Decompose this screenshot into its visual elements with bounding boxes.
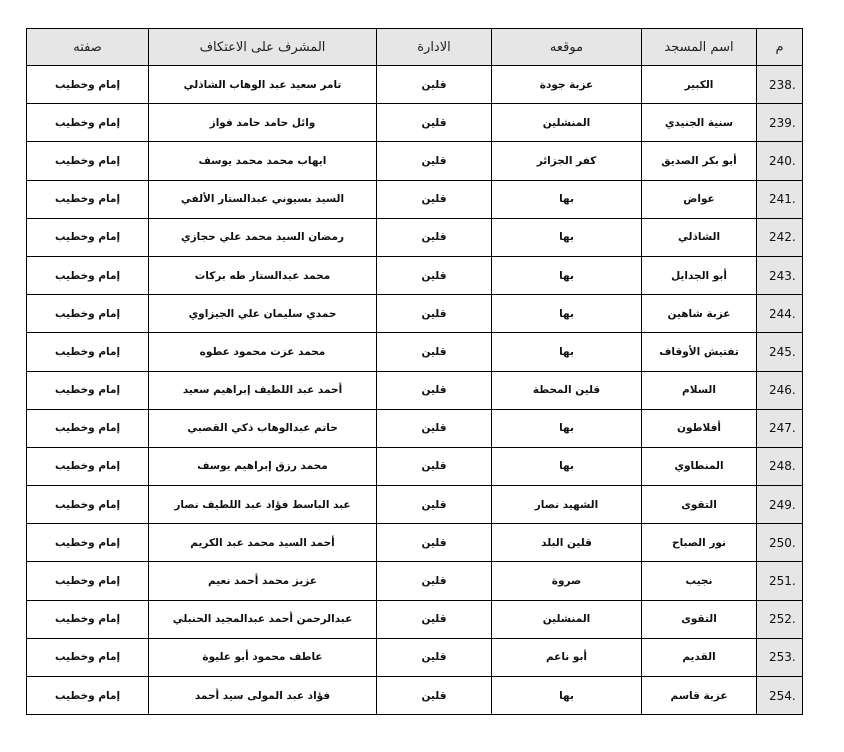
- table-row: 250.نور الصباحقلين البلدقلينأحمد السيد م…: [27, 524, 803, 562]
- administration-cell: قلين: [377, 562, 492, 600]
- table-row: 254.عزبة قاسمبهاقلينفؤاد عبد المولى سيد …: [27, 677, 803, 715]
- mosque-name-cell: نور الصباح: [642, 524, 757, 562]
- table-row: 241.عواضبهاقلينالسيد بسيوني عبدالستار ال…: [27, 180, 803, 218]
- header-row: م اسم المسجد موقعه الادارة المشرف على ال…: [27, 29, 803, 66]
- mosque-name-cell: عزبة قاسم: [642, 677, 757, 715]
- supervisor-name-cell: تامر سعيد عبد الوهاب الشاذلي: [149, 66, 377, 104]
- itikaf-supervisors-table: م اسم المسجد موقعه الادارة المشرف على ال…: [26, 28, 803, 715]
- supervisor-name-cell: فؤاد عبد المولى سيد أحمد: [149, 677, 377, 715]
- administration-cell: قلين: [377, 409, 492, 447]
- table-row: 240.أبو بكر الصديقكفر الجزائرقلينايهاب م…: [27, 142, 803, 180]
- administration-cell: قلين: [377, 256, 492, 294]
- mosque-name-cell: القديم: [642, 638, 757, 676]
- mosque-name-cell: عواض: [642, 180, 757, 218]
- supervisor-name-cell: رمضان السيد محمد علي حجازي: [149, 218, 377, 256]
- mosque-name-cell: المنطاوي: [642, 447, 757, 485]
- table-row: 246.السلامقلين المحطةقلينأحمد عبد اللطيف…: [27, 371, 803, 409]
- supervisor-name-cell: حمدي سليمان علي الجيزاوي: [149, 295, 377, 333]
- role-cell: إمام وخطيب: [27, 104, 149, 142]
- supervisor-name-cell: محمد عبدالستار طه بركات: [149, 256, 377, 294]
- header-location: موقعه: [492, 29, 642, 66]
- row-num-cell: 243.: [757, 256, 803, 294]
- administration-cell: قلين: [377, 104, 492, 142]
- row-num-cell: 245.: [757, 333, 803, 371]
- location-cell: بها: [492, 180, 642, 218]
- header-supervisor: المشرف على الاعتكاف: [149, 29, 377, 66]
- row-num-cell: 252.: [757, 600, 803, 638]
- table-row: 245.تفتيش الأوقافبهاقلينمحمد عزت محمود ع…: [27, 333, 803, 371]
- administration-cell: قلين: [377, 66, 492, 104]
- role-cell: إمام وخطيب: [27, 180, 149, 218]
- mosque-name-cell: أبو الجدايل: [642, 256, 757, 294]
- administration-cell: قلين: [377, 447, 492, 485]
- supervisor-name-cell: السيد بسيوني عبدالستار الألفي: [149, 180, 377, 218]
- row-num-cell: 249.: [757, 486, 803, 524]
- table-row: 253.القديمأبو ناعمقلينعاطف محمود أبو علي…: [27, 638, 803, 676]
- role-cell: إمام وخطيب: [27, 486, 149, 524]
- table-row: 238.الكبيرعزبة جودةقلينتامر سعيد عبد الو…: [27, 66, 803, 104]
- table-row: 252.التقوىالمنشلينقلينعبدالرحمن أحمد عبد…: [27, 600, 803, 638]
- row-num-cell: 246.: [757, 371, 803, 409]
- header-administration: الادارة: [377, 29, 492, 66]
- header-role: صفته: [27, 29, 149, 66]
- row-num-cell: 239.: [757, 104, 803, 142]
- location-cell: الشهيد نصار: [492, 486, 642, 524]
- administration-cell: قلين: [377, 371, 492, 409]
- table-row: 242.الشاذليبهاقلينرمضان السيد محمد علي ح…: [27, 218, 803, 256]
- role-cell: إمام وخطيب: [27, 371, 149, 409]
- table-row: 239.سنية الجنيديالمنشلينقلينوائل حامد حا…: [27, 104, 803, 142]
- table-row: 251.نجيبصروةقلينعزيز محمد أحمد نعيمإمام …: [27, 562, 803, 600]
- role-cell: إمام وخطيب: [27, 600, 149, 638]
- row-num-cell: 248.: [757, 447, 803, 485]
- supervisor-name-cell: محمد عزت محمود عطوه: [149, 333, 377, 371]
- mosque-name-cell: السلام: [642, 371, 757, 409]
- location-cell: قلين المحطة: [492, 371, 642, 409]
- mosque-name-cell: أبو بكر الصديق: [642, 142, 757, 180]
- table-row: 248.المنطاويبهاقلينمحمد رزق إبراهيم يوسف…: [27, 447, 803, 485]
- location-cell: بها: [492, 218, 642, 256]
- supervisor-name-cell: عبدالرحمن أحمد عبدالمجيد الحنبلي: [149, 600, 377, 638]
- header-num: م: [757, 29, 803, 66]
- location-cell: بها: [492, 295, 642, 333]
- mosque-name-cell: تفتيش الأوقاف: [642, 333, 757, 371]
- row-num-cell: 240.: [757, 142, 803, 180]
- table-row: 243.أبو الجدايلبهاقلينمحمد عبدالستار طه …: [27, 256, 803, 294]
- supervisor-name-cell: عاطف محمود أبو عليوة: [149, 638, 377, 676]
- administration-cell: قلين: [377, 142, 492, 180]
- role-cell: إمام وخطيب: [27, 142, 149, 180]
- administration-cell: قلين: [377, 180, 492, 218]
- role-cell: إمام وخطيب: [27, 524, 149, 562]
- mosque-name-cell: التقوى: [642, 600, 757, 638]
- administration-cell: قلين: [377, 333, 492, 371]
- row-num-cell: 242.: [757, 218, 803, 256]
- supervisor-name-cell: وائل حامد حامد فواز: [149, 104, 377, 142]
- table-row: 249.التقوىالشهيد نصارقلينعبد الباسط فؤاد…: [27, 486, 803, 524]
- location-cell: قلين البلد: [492, 524, 642, 562]
- role-cell: إمام وخطيب: [27, 256, 149, 294]
- location-cell: بها: [492, 409, 642, 447]
- table-row: 244.عزبة شاهينبهاقلينحمدي سليمان علي الج…: [27, 295, 803, 333]
- administration-cell: قلين: [377, 638, 492, 676]
- table-body: 238.الكبيرعزبة جودةقلينتامر سعيد عبد الو…: [27, 66, 803, 715]
- mosque-name-cell: الكبير: [642, 66, 757, 104]
- role-cell: إمام وخطيب: [27, 66, 149, 104]
- location-cell: بها: [492, 447, 642, 485]
- supervisor-name-cell: محمد رزق إبراهيم يوسف: [149, 447, 377, 485]
- role-cell: إمام وخطيب: [27, 409, 149, 447]
- row-num-cell: 247.: [757, 409, 803, 447]
- role-cell: إمام وخطيب: [27, 677, 149, 715]
- role-cell: إمام وخطيب: [27, 562, 149, 600]
- supervisor-name-cell: عبد الباسط فؤاد عبد اللطيف نصار: [149, 486, 377, 524]
- location-cell: بها: [492, 333, 642, 371]
- location-cell: كفر الجزائر: [492, 142, 642, 180]
- row-num-cell: 244.: [757, 295, 803, 333]
- table-header: م اسم المسجد موقعه الادارة المشرف على ال…: [27, 29, 803, 66]
- row-num-cell: 250.: [757, 524, 803, 562]
- supervisor-name-cell: ايهاب محمد محمد يوسف: [149, 142, 377, 180]
- mosque-name-cell: أفلاطون: [642, 409, 757, 447]
- administration-cell: قلين: [377, 600, 492, 638]
- location-cell: بها: [492, 256, 642, 294]
- row-num-cell: 251.: [757, 562, 803, 600]
- supervisor-name-cell: عزيز محمد أحمد نعيم: [149, 562, 377, 600]
- administration-cell: قلين: [377, 677, 492, 715]
- location-cell: أبو ناعم: [492, 638, 642, 676]
- supervisor-name-cell: حاتم عبدالوهاب ذكي القصبي: [149, 409, 377, 447]
- location-cell: بها: [492, 677, 642, 715]
- header-mosque-name: اسم المسجد: [642, 29, 757, 66]
- administration-cell: قلين: [377, 524, 492, 562]
- mosque-name-cell: نجيب: [642, 562, 757, 600]
- location-cell: المنشلين: [492, 600, 642, 638]
- row-num-cell: 238.: [757, 66, 803, 104]
- mosque-name-cell: التقوى: [642, 486, 757, 524]
- supervisor-name-cell: أحمد عبد اللطيف إبراهيم سعيد: [149, 371, 377, 409]
- row-num-cell: 254.: [757, 677, 803, 715]
- row-num-cell: 241.: [757, 180, 803, 218]
- supervisor-name-cell: أحمد السيد محمد عبد الكريم: [149, 524, 377, 562]
- table-row: 247.أفلاطونبهاقلينحاتم عبدالوهاب ذكي الق…: [27, 409, 803, 447]
- administration-cell: قلين: [377, 218, 492, 256]
- location-cell: عزبة جودة: [492, 66, 642, 104]
- role-cell: إمام وخطيب: [27, 218, 149, 256]
- mosque-name-cell: الشاذلي: [642, 218, 757, 256]
- administration-cell: قلين: [377, 486, 492, 524]
- role-cell: إمام وخطيب: [27, 295, 149, 333]
- role-cell: إمام وخطيب: [27, 447, 149, 485]
- role-cell: إمام وخطيب: [27, 638, 149, 676]
- location-cell: صروة: [492, 562, 642, 600]
- location-cell: المنشلين: [492, 104, 642, 142]
- mosque-name-cell: سنية الجنيدي: [642, 104, 757, 142]
- role-cell: إمام وخطيب: [27, 333, 149, 371]
- administration-cell: قلين: [377, 295, 492, 333]
- mosque-name-cell: عزبة شاهين: [642, 295, 757, 333]
- row-num-cell: 253.: [757, 638, 803, 676]
